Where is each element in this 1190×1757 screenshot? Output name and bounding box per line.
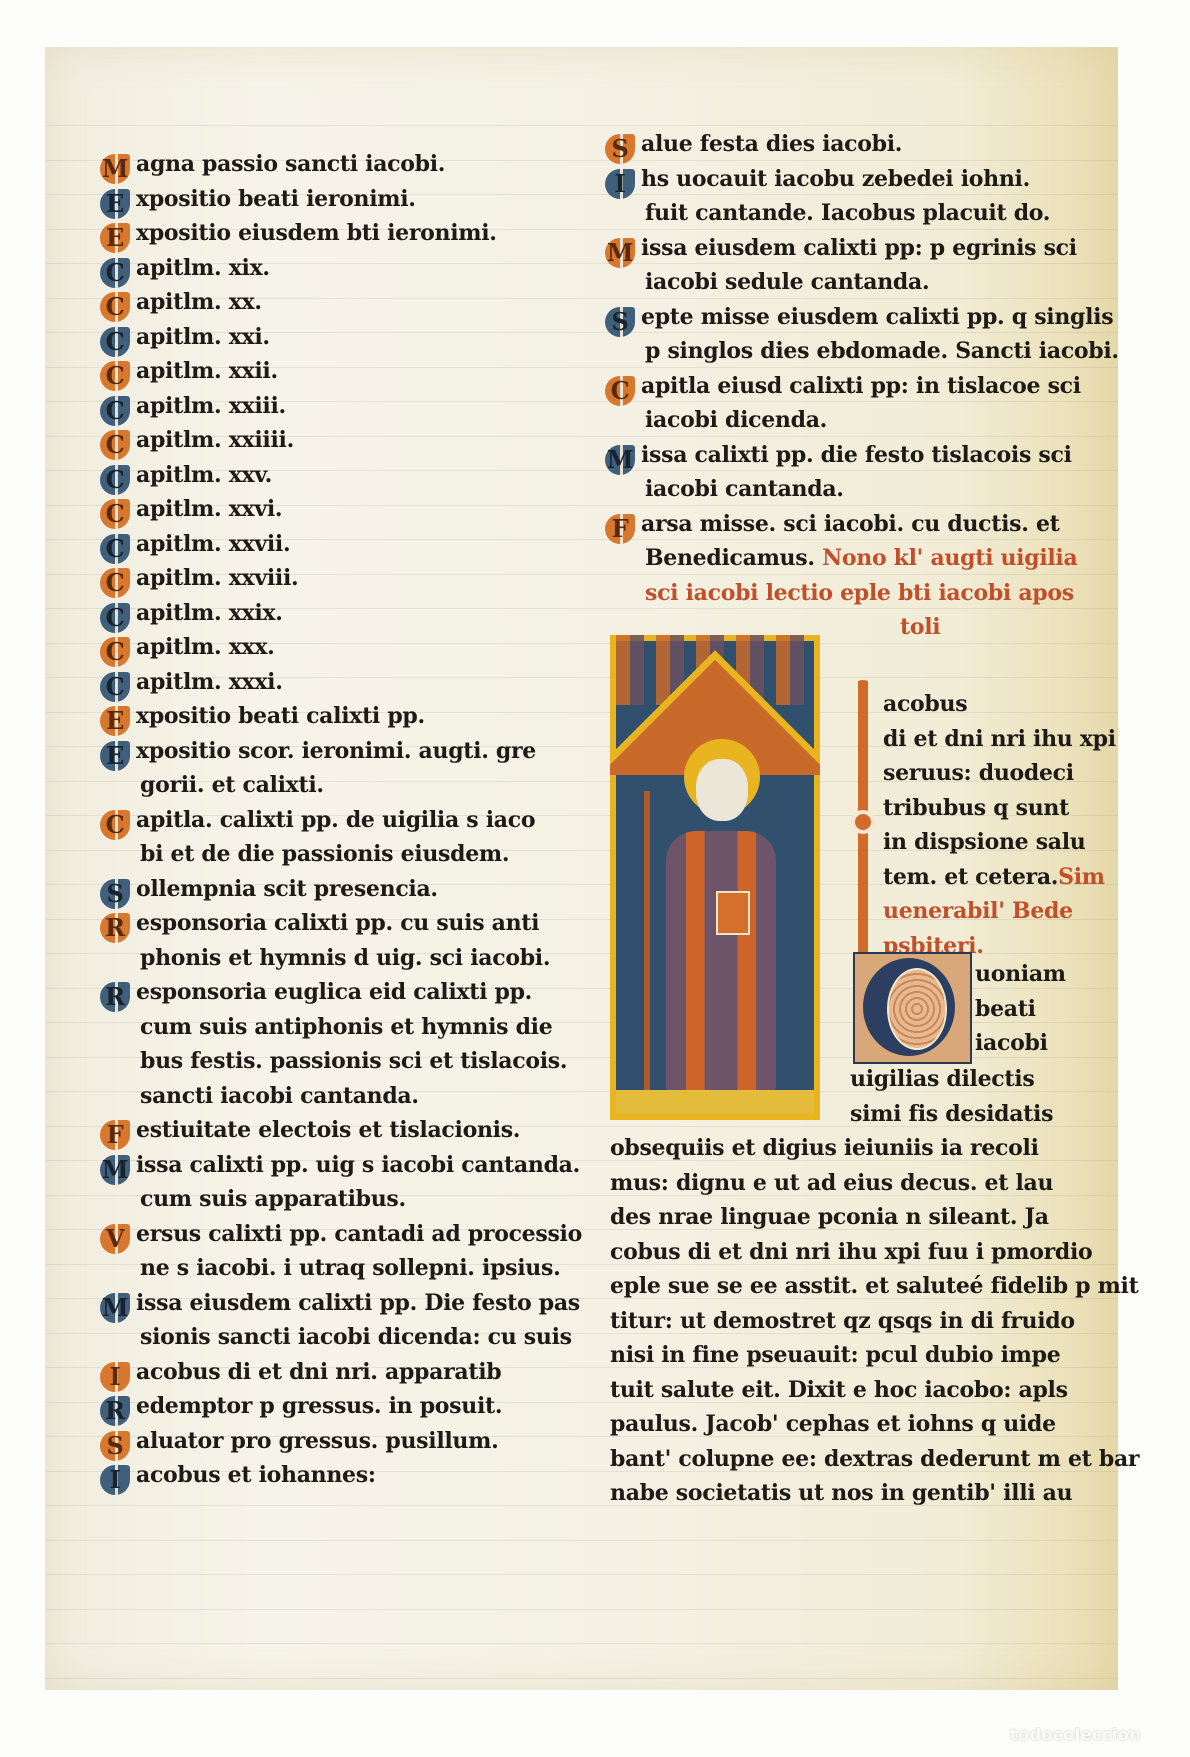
decorated-initial-I (850, 680, 876, 980)
manuscript-line: Responsoria calixti pp. cu suis anti (100, 906, 600, 941)
line-text: apitla eiusd calixti pp: in tislacoe sci (641, 373, 1081, 399)
initial-e-blue: E (100, 741, 130, 771)
manuscript-line: sionis sancti iacobi dicenda: cu suis (100, 1320, 600, 1355)
line-text: xpositio scor. ieronimi. augti. gre (136, 738, 536, 764)
rubric-heading-1: Nono kl' augti uigilia (822, 545, 1077, 571)
line-text: tem. et cetera. (883, 864, 1058, 890)
manuscript-line: nisi in fine pseuauit: pcul dubio impe (610, 1338, 1120, 1373)
saint-james-miniature (610, 635, 820, 1120)
line-text: xpositio beati calixti pp. (136, 703, 425, 729)
initial-c-blue: C (100, 465, 130, 495)
initial-e-red: E (100, 706, 130, 736)
initial-m-red: M (605, 238, 635, 268)
initial-c-red: C (100, 361, 130, 391)
manuscript-line: bi et de die passionis eiusdem. (100, 837, 600, 872)
line-text: apitlm. xix. (136, 255, 270, 281)
initial-c-blue: C (100, 327, 130, 357)
manuscript-line: Responsoria euglica eid calixti pp. (100, 975, 600, 1010)
initial-r-blue: R (100, 1396, 130, 1426)
manuscript-line: Capitlm. xx. (100, 285, 600, 320)
line-text: apitla. calixti pp. de uigilia s iaco (136, 807, 535, 833)
line-text: hs uocauit iacobu zebedei iohni. (641, 166, 1030, 192)
initial-i-blue: I (100, 1465, 130, 1495)
initial-s-blue: S (100, 879, 130, 909)
line-text: bus festis. passionis sci et tislacois. (140, 1048, 567, 1074)
manuscript-line: Capitlm. xxii. (100, 354, 600, 389)
manuscript-line: paulus. Jacob' cephas et iohns q uide (610, 1407, 1120, 1442)
manuscript-page: Magna passio sancti iacobi.Expositio bea… (45, 47, 1118, 1690)
initial-f-red: F (605, 514, 635, 544)
manuscript-line: Capitlm. xxix. (100, 596, 600, 631)
manuscript-line: in dispsione salu (883, 825, 1123, 860)
line-text: issa calixti pp. uig s iacobi cantanda. (136, 1152, 580, 1178)
line-text: apitlm. xxx. (136, 634, 275, 660)
line-text: p singlos dies ebdomade. Sancti iacobi. (645, 338, 1119, 364)
manuscript-line: Iacobus di et dni nri. apparatib (100, 1355, 600, 1390)
manuscript-line: iacobi sedule cantanda. (605, 265, 1115, 300)
line-text: fuit cantande. Iacobus placuit do. (645, 200, 1050, 226)
line-text: apitlm. xxviii. (136, 565, 298, 591)
initial-c-blue: C (100, 534, 130, 564)
initial-r-red: R (100, 913, 130, 943)
manuscript-line: bant' colupne ee: dextras dederunt m et … (610, 1442, 1120, 1477)
line-text: sionis sancti iacobi dicenda: cu suis (140, 1324, 572, 1350)
saint-robe (666, 831, 776, 1091)
line-text: acobus di et dni nri. apparatib (136, 1359, 501, 1385)
ruling-line (45, 1678, 1118, 1679)
manuscript-line: bus festis. passionis sci et tislacois. (100, 1044, 600, 1079)
line-text: iacobi dicenda. (645, 407, 827, 433)
manuscript-line: uenerabil' Bede (883, 894, 1123, 929)
manuscript-line: mus: dignu e ut ad eius decus. et lau (610, 1166, 1120, 1201)
line-text: apitlm. xxxi. (136, 669, 283, 695)
manuscript-line: simi fis desidatis (610, 1097, 1120, 1132)
rubric-text: Sim (1058, 864, 1105, 890)
manuscript-line: di et dni nri ihu xpi (883, 722, 1123, 757)
manuscript-line: Versus calixti pp. cantadi ad processio (100, 1217, 600, 1252)
line-text: alue festa dies iacobi. (641, 131, 902, 157)
line-text: esponsoria euglica eid calixti pp. (136, 979, 532, 1005)
line-text: arsa misse. sci iacobi. cu ductis. et (641, 511, 1060, 537)
manuscript-line: fuit cantande. Iacobus placuit do. (605, 196, 1115, 231)
manuscript-line: Iacobus et iohannes: (100, 1458, 600, 1493)
left-column: Magna passio sancti iacobi.Expositio bea… (100, 147, 600, 1493)
manuscript-line: Ihs uocauit iacobu zebedei iohni. (605, 162, 1115, 197)
manuscript-line: eple sue se ee asstit. et saluteé fideli… (610, 1269, 1120, 1304)
line-text: estiuitate electois et tislacionis. (136, 1117, 520, 1143)
manuscript-line: Capitla. calixti pp. de uigilia s iaco (100, 803, 600, 838)
initial-m-blue: M (100, 1155, 130, 1185)
initial-c-red: C (100, 430, 130, 460)
manuscript-line: tribubus q sunt (883, 791, 1123, 826)
line-text: ne s iacobi. i utraq sollepni. ipsius. (140, 1255, 560, 1281)
manuscript-line: seruus: duodeci (883, 756, 1123, 791)
manuscript-line: Missa calixti pp. die festo tislacois sc… (605, 438, 1115, 473)
line-text: aluator pro gressus. pusillum. (136, 1428, 498, 1454)
manuscript-line: Capitlm. xxx. (100, 630, 600, 665)
text-beside-miniature: acobusdi et dni nri ihu xpiseruus: duode… (883, 687, 1123, 963)
manuscript-line: Farsa misse. sci iacobi. cu ductis. et (605, 507, 1115, 542)
initial-m-red: M (100, 154, 130, 184)
ruling-line (45, 1609, 1118, 1610)
line-text: xpositio beati ieronimi. (136, 186, 416, 212)
rubric-block: Benedicamus. Nono kl' augti uigilia sci … (645, 541, 1125, 645)
initial-m-blue: M (605, 445, 635, 475)
manuscript-line: cum suis apparatibus. (100, 1182, 600, 1217)
manuscript-line: Redemptor p gressus. in posuit. (100, 1389, 600, 1424)
manuscript-line: Expositio beati ieronimi. (100, 182, 600, 217)
manuscript-line: uigilias dilectis (610, 1062, 1120, 1097)
line-text: sancti iacobi cantanda. (140, 1083, 419, 1109)
manuscript-line: iacobi cantanda. (605, 472, 1115, 507)
manuscript-line: Capitlm. xxvii. (100, 527, 600, 562)
manuscript-line: Capitlm. xxviii. (100, 561, 600, 596)
initial-e-red: E (100, 223, 130, 253)
manuscript-line: Expositio eiusdem bti ieronimi. (100, 216, 600, 251)
initial-r-blue: R (100, 982, 130, 1012)
initial-c-red: C (100, 637, 130, 667)
initial-c-blue: C (100, 258, 130, 288)
manuscript-line: beati (975, 992, 1115, 1027)
line-text: cum suis apparatibus. (140, 1186, 406, 1212)
manuscript-line: des nrae linguae pconia n sileant. Ja (610, 1200, 1120, 1235)
line-text: acobus et iohannes: (136, 1462, 376, 1488)
line-text: iacobi sedule cantanda. (645, 269, 929, 295)
manuscript-line: tuit salute eit. Dixit e hoc iacobo: apl… (610, 1373, 1120, 1408)
initial-c-red: C (100, 810, 130, 840)
manuscript-line: cum suis antiphonis et hymnis die (100, 1010, 600, 1045)
initial-i-blue: I (605, 169, 635, 199)
manuscript-line: sancti iacobi cantanda. (100, 1079, 600, 1114)
line-text: apitlm. xxiiii. (136, 427, 294, 453)
initial-c-blue: C (100, 603, 130, 633)
line-text: bi et de die passionis eiusdem. (140, 841, 509, 867)
line-text: epte misse eiusdem calixti pp. q singlis (641, 304, 1113, 330)
manuscript-line: Missa eiusdem calixti pp: p egrinis sci (605, 231, 1115, 266)
line-text: xpositio eiusdem bti ieronimi. (136, 220, 497, 246)
manuscript-line: Saluator pro gressus. pusillum. (100, 1424, 600, 1459)
initial-c-red: C (100, 292, 130, 322)
manuscript-line: Salue festa dies iacobi. (605, 127, 1115, 162)
initial-f-red: F (100, 1120, 130, 1150)
book-icon (716, 891, 750, 935)
rubric-benedicamus: Benedicamus. (645, 545, 815, 571)
rubric-heading-2: sci iacobi lectio eple bti iacobi apos (645, 576, 1125, 611)
line-text: edemptor p gressus. in posuit. (136, 1393, 502, 1419)
manuscript-line: Missa calixti pp. uig s iacobi cantanda. (100, 1148, 600, 1183)
manuscript-line: p singlos dies ebdomade. Sancti iacobi. (605, 334, 1115, 369)
initial-v-red: V (100, 1224, 130, 1254)
initial-c-blue: C (100, 396, 130, 426)
line-text: apitlm. xxi. (136, 324, 270, 350)
ruling-line (45, 1574, 1118, 1575)
initial-Q-interlace (887, 968, 947, 1050)
line-text: apitlm. xxvii. (136, 531, 290, 557)
manuscript-line: tem. et cetera.Sim (883, 860, 1123, 895)
line-text: esponsoria calixti pp. cu suis anti (136, 910, 539, 936)
manuscript-line: acobus (883, 687, 1123, 722)
manuscript-line: Capitlm. xix. (100, 251, 600, 286)
line-text: iacobi cantanda. (645, 476, 844, 502)
line-text: phonis et hymnis d uig. sci iacobi. (140, 945, 550, 971)
manuscript-line: cobus di et dni nri ihu xpi fuu i pmordi… (610, 1235, 1120, 1270)
manuscript-line: uoniam (975, 957, 1115, 992)
ruling-line (45, 125, 1118, 126)
initial-c-red: C (100, 568, 130, 598)
right-column-top: Salue festa dies iacobi.Ihs uocauit iaco… (605, 127, 1115, 541)
line-text: issa eiusdem calixti pp. Die festo pas (136, 1290, 580, 1316)
watermark: todocoleccion (1010, 1725, 1141, 1744)
manuscript-line: Missa eiusdem calixti pp. Die festo pas (100, 1286, 600, 1321)
manuscript-line: Festiuitate electois et tislacionis. (100, 1113, 600, 1148)
initial-c-blue: C (100, 672, 130, 702)
initial-s-red: S (605, 134, 635, 164)
manuscript-line: Capitlm. xxiiii. (100, 423, 600, 458)
line-text: ollempnia scit presencia. (136, 876, 438, 902)
manuscript-line: iacobi (975, 1026, 1115, 1061)
ruling-line (45, 1643, 1118, 1644)
initial-i-red: I (100, 1362, 130, 1392)
manuscript-line: ne s iacobi. i utraq sollepni. ipsius. (100, 1251, 600, 1286)
saint-face (696, 759, 748, 821)
manuscript-line: Expositio beati calixti pp. (100, 699, 600, 734)
initial-e-blue: E (100, 189, 130, 219)
line-text: apitlm. xxv. (136, 462, 272, 488)
initial-s-red: S (100, 1431, 130, 1461)
manuscript-line: Capitlm. xxv. (100, 458, 600, 493)
initial-m-blue: M (100, 1293, 130, 1323)
manuscript-line: Capitlm. xxxi. (100, 665, 600, 700)
manuscript-line: nabe societatis ut nos in gentib' illi a… (610, 1476, 1120, 1511)
manuscript-line: iacobi dicenda. (605, 403, 1115, 438)
manuscript-line: gorii. et calixti. (100, 768, 600, 803)
line-text: apitlm. xx. (136, 289, 262, 315)
text-beside-initial-Q: uoniambeatiiacobi (975, 957, 1115, 1061)
initial-ring (851, 810, 875, 834)
initial-c-red: C (605, 376, 635, 406)
manuscript-line: obsequiis et digius ieiuniis ia recoli (610, 1131, 1120, 1166)
initial-c-red: C (100, 499, 130, 529)
initial-s-blue: S (605, 307, 635, 337)
manuscript-line: Septe misse eiusdem calixti pp. q singli… (605, 300, 1115, 335)
right-column-bottom: uigilias dilectissimi fis desidatisobseq… (610, 1062, 1120, 1511)
manuscript-line: Capitlm. xxiii. (100, 389, 600, 424)
manuscript-line: Capitlm. xxi. (100, 320, 600, 355)
decorated-initial-Q (853, 952, 972, 1064)
line-text: apitlm. xxix. (136, 600, 283, 626)
manuscript-line: Magna passio sancti iacobi. (100, 147, 600, 182)
line-text: apitlm. xxiii. (136, 393, 286, 419)
line-text: ersus calixti pp. cantadi ad processio (136, 1221, 582, 1247)
ruling-line (45, 1540, 1118, 1541)
line-text: gorii. et calixti. (140, 772, 324, 798)
manuscript-line: titur: ut demostret qz qsqs in di fruido (610, 1304, 1120, 1339)
line-text: apitlm. xxii. (136, 358, 278, 384)
manuscript-line: Capitlm. xxvi. (100, 492, 600, 527)
line-text: cum suis antiphonis et hymnis die (140, 1014, 552, 1040)
manuscript-line: phonis et hymnis d uig. sci iacobi. (100, 941, 600, 976)
line-text: issa calixti pp. die festo tislacois sci (641, 442, 1072, 468)
manuscript-line: Expositio scor. ieronimi. augti. gre (100, 734, 600, 769)
line-text: apitlm. xxvi. (136, 496, 282, 522)
line-text: issa eiusdem calixti pp: p egrinis sci (641, 235, 1077, 261)
manuscript-line: Capitla eiusd calixti pp: in tislacoe sc… (605, 369, 1115, 404)
line-text: agna passio sancti iacobi. (136, 151, 445, 177)
manuscript-line: Sollempnia scit presencia. (100, 872, 600, 907)
